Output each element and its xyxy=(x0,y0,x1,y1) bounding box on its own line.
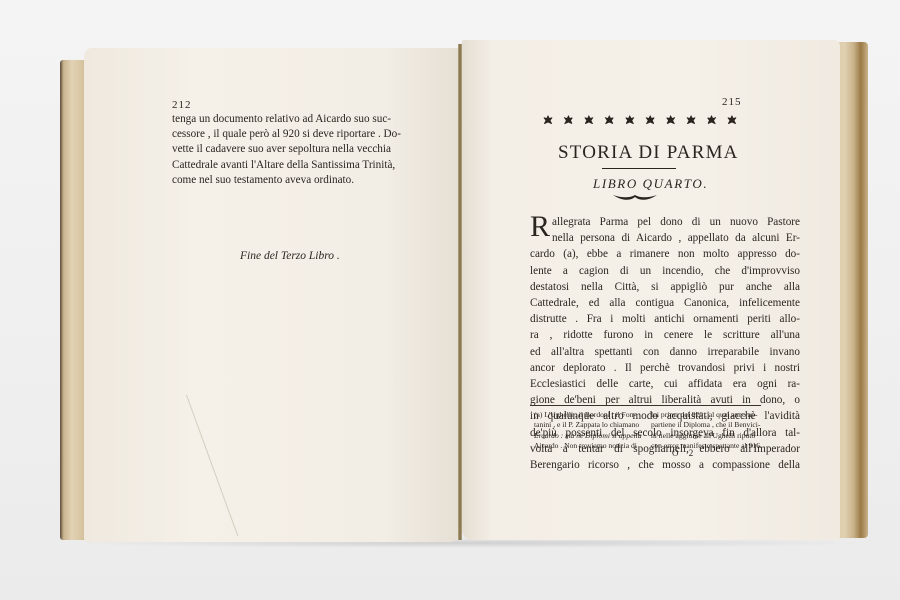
footnote-line: (a) L'Ughelli , il Bordoni , il Fon- xyxy=(534,410,644,420)
text-line: Cattedrale, ed alla contigua Canonica, i… xyxy=(530,295,800,311)
left-page-number: 212 xyxy=(172,99,192,111)
text-line: ra , ridotte furono in cenere le scrittu… xyxy=(530,327,800,343)
flower-icon xyxy=(684,113,698,127)
right-page-number: 215 xyxy=(722,96,742,108)
text-line: cessore , il quale però al 920 si deve r… xyxy=(172,127,434,142)
drop-cap: R xyxy=(530,216,550,238)
floral-ornament-icon xyxy=(541,112,739,128)
flower-icon xyxy=(582,113,596,127)
flower-icon xyxy=(541,113,555,127)
text-line: vette il cadavere suo aver sepoltura nel… xyxy=(172,142,434,157)
text-line: Cattedrale avanti l'Altare della Santiss… xyxy=(172,158,434,173)
flower-icon xyxy=(664,113,678,127)
flower-icon xyxy=(561,113,575,127)
flower-icon xyxy=(705,113,719,127)
text-line: tenga un documento relativo ad Aicardo s… xyxy=(172,112,434,127)
text-line: Berengario ricorso , che mosso a compass… xyxy=(530,457,800,473)
footnote-rule xyxy=(530,405,761,406)
text-line: lente a cagion di un incendio, che d'imp… xyxy=(530,263,800,279)
book-end-note: Fine del Terzo Libro . xyxy=(240,250,340,262)
signature-mark: O 2 xyxy=(672,448,697,458)
chapter-title: LIBRO QUARTO. xyxy=(593,176,708,192)
open-book: 212 tenga un documento relativo ad Aicar… xyxy=(0,0,900,600)
footnote-column-2: lui prima del 920 , al qual anno ap- par… xyxy=(651,410,761,452)
footnote-line: Aicardo . Non troviamo notizia di xyxy=(534,441,644,451)
left-page-text: tenga un documento relativo ad Aicardo s… xyxy=(172,112,434,188)
footnote-line: Ercardo : ma ne'Diplomi si appella xyxy=(534,431,644,441)
text-line: cardo (a), ebbe a rimanere non molto app… xyxy=(530,246,800,262)
text-line: come nel suo testamento aveva ordinato. xyxy=(172,173,434,188)
flower-icon xyxy=(643,113,657,127)
text-line: gione de'beni per altrui liberalità avut… xyxy=(530,392,800,408)
flower-icon xyxy=(623,113,637,127)
text-line: nella persona di Aicardo , appellato da … xyxy=(530,230,800,246)
footnote-line: ni nelle aggiunte all'Ughelli riputò xyxy=(651,431,761,441)
text-line: ancor deplorato . Il perchè trovandosi p… xyxy=(530,360,800,376)
flower-icon xyxy=(602,113,616,127)
footnote-line: partiene il Diploma , che il Benvici- xyxy=(651,420,761,430)
footnote-line: con error manifesto spettante al 916. xyxy=(651,441,761,451)
book-gutter xyxy=(458,44,462,540)
flower-icon xyxy=(725,113,739,127)
footnote-line: tanini , e il P. Zappata lo chiamano xyxy=(534,420,644,430)
footnote-column-1: (a) L'Ughelli , il Bordoni , il Fon- tan… xyxy=(534,410,644,452)
text-line: ed all'altra spettanti con danno irrepar… xyxy=(530,344,800,360)
text-line: Ecclesiastici delle carte, cui affidata … xyxy=(530,376,800,392)
text-line: destatosi nella Città, si appigliò pur a… xyxy=(530,279,800,295)
book-title: STORIA DI PARMA xyxy=(558,142,739,164)
text-line: distrutte . Fra i molti antichi ornament… xyxy=(530,311,800,327)
title-rule xyxy=(602,168,676,169)
swash-ornament-icon xyxy=(612,192,658,202)
text-line: allegrata Parma pel dono di un nuovo Pas… xyxy=(530,214,800,230)
footnote-line: lui prima del 920 , al qual anno ap- xyxy=(651,410,761,420)
